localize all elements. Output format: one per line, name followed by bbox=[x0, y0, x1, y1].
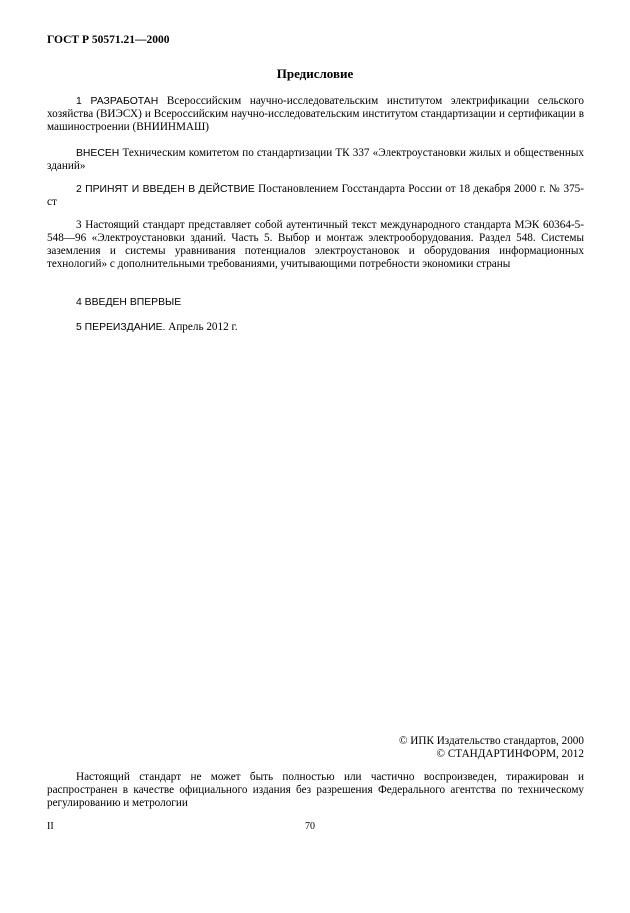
page-title: Предисловие bbox=[0, 67, 630, 80]
paragraph-body: ВНЕСЕН Техническим комитетом по стандарт… bbox=[47, 147, 584, 173]
paragraph-introduced-by: ВНЕСЕН Техническим комитетом по стандарт… bbox=[47, 147, 584, 173]
page-number: 70 bbox=[305, 820, 315, 833]
page-roman-numeral: II bbox=[47, 820, 54, 833]
paragraph-body: 5 ПЕРЕИЗДАНИЕ. Апрель 2012 г. bbox=[47, 321, 584, 334]
paragraph-body: 4 ВВЕДЕН ВПЕРВЫЕ bbox=[47, 296, 584, 309]
paragraph-authentic-text: 3 Настоящий стандарт представляет собой … bbox=[47, 219, 584, 271]
paragraph-developed-by: 1 РАЗРАБОТАН Всероссийским научно-исслед… bbox=[47, 95, 584, 134]
document-code: ГОСТ Р 50571.21—2000 bbox=[47, 34, 170, 47]
paragraph-body: 1 РАЗРАБОТАН Всероссийским научно-исслед… bbox=[47, 95, 584, 134]
paragraph-lead: 1 РАЗРАБОТАН bbox=[76, 96, 158, 107]
paragraph-first-introduced: 4 ВВЕДЕН ВПЕРВЫЕ bbox=[47, 296, 584, 309]
reproduction-notice: Настоящий стандарт не может быть полност… bbox=[47, 771, 584, 810]
paragraph-lead: ВНЕСЕН bbox=[76, 148, 119, 159]
copyright-line-2: © СТАНДАРТИНФОРМ, 2012 bbox=[437, 748, 584, 761]
paragraph-body: 2 ПРИНЯТ И ВВЕДЕН В ДЕЙСТВИЕ Постановлен… bbox=[47, 183, 584, 209]
paragraph-lead: 5 ПЕРЕИЗДАНИЕ. bbox=[76, 322, 165, 333]
paragraph-text: 3 Настоящий стандарт представляет собой … bbox=[47, 219, 584, 270]
paragraph-body: 3 Настоящий стандарт представляет собой … bbox=[47, 219, 584, 271]
paragraph-lead: 2 ПРИНЯТ И ВВЕДЕН В ДЕЙСТВИЕ bbox=[76, 184, 255, 195]
paragraph-reissue: 5 ПЕРЕИЗДАНИЕ. Апрель 2012 г. bbox=[47, 321, 584, 334]
paragraph-text: Техническим комитетом по стандартизации … bbox=[47, 147, 584, 172]
paragraph-lead: 4 ВВЕДЕН ВПЕРВЫЕ bbox=[76, 297, 181, 308]
paragraph-adopted: 2 ПРИНЯТ И ВВЕДЕН В ДЕЙСТВИЕ Постановлен… bbox=[47, 183, 584, 209]
notice-text: Настоящий стандарт не может быть полност… bbox=[47, 771, 584, 810]
copyright-line-1: © ИПК Издательство стандартов, 2000 bbox=[399, 735, 584, 748]
paragraph-text: Апрель 2012 г. bbox=[165, 321, 237, 333]
